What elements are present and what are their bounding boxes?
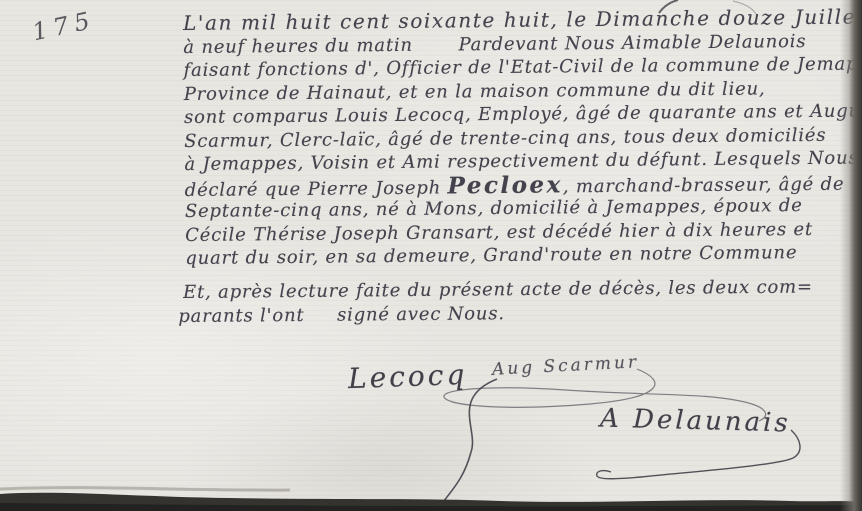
closing-line: parants l'ont signé avec Nous. [178,299,813,328]
record-text-block: L'an mil huit cent soixante huit, le Dim… [183,5,862,270]
scan-edge-bottom-dark [0,503,862,511]
deceased-name: Pecloex [447,171,563,199]
act-number: 175 [30,6,98,47]
scanned-death-record-page: 175 L'an mil huit cent soixante huit, le… [0,0,862,511]
signature-delaunais: A Delaunais [600,404,791,439]
bottom-smear [0,488,290,491]
scan-edge-right [840,0,862,511]
scan-edge-bottom [0,493,862,511]
closing-paragraph: Et, après lecture faite du présent acte … [183,276,813,328]
signature-scarmur: Aug Scarmur [492,352,640,380]
lecocq-flourish [437,379,497,511]
signature-lecocq: Lecocq [347,358,467,395]
